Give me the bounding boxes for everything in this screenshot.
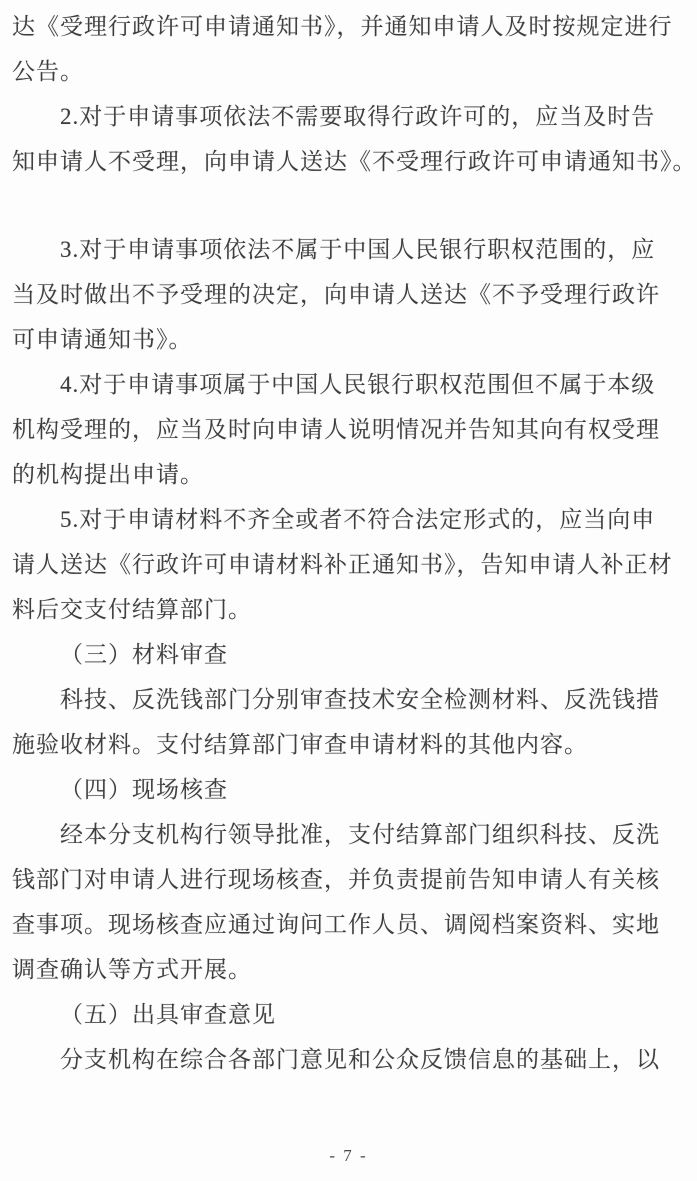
text-line: 钱部门对申请人进行现场核查，并负责提前告知申请人有关核 <box>12 857 695 902</box>
page-number: - 7 - <box>0 1146 697 1166</box>
text-line: 3.对于申请事项依法不属于中国人民银行职权范围的，应 <box>12 227 695 272</box>
document-body: 达《受理行政许可申请通知书》，并通知申请人及时按规定进行公告。2.对于申请事项依… <box>12 4 695 1082</box>
text-line: 施验收材料。支付结算部门审查申请材料的其他内容。 <box>12 722 695 767</box>
text-line: 达《受理行政许可申请通知书》，并通知申请人及时按规定进行 <box>12 4 695 49</box>
text-line: 的机构提出申请。 <box>12 452 695 497</box>
text-line: 料后交支付结算部门。 <box>12 587 695 632</box>
text-line: 知申请人不受理，向申请人送达《不受理行政许可申请通知书》。 <box>12 139 695 184</box>
text-line: （四）现场核查 <box>12 767 695 812</box>
text-line: 机构受理的，应当及时向申请人说明情况并告知其向有权受理 <box>12 407 695 452</box>
text-line: 经本分支机构行领导批准，支付结算部门组织科技、反洗 <box>12 812 695 857</box>
text-line: 4.对于申请事项属于中国人民银行职权范围但不属于本级 <box>12 362 695 407</box>
text-line: 公告。 <box>12 49 695 94</box>
text-line: 科技、反洗钱部门分别审查技术安全检测材料、反洗钱措 <box>12 677 695 722</box>
text-line: 请人送达《行政许可申请材料补正通知书》，告知申请人补正材 <box>12 542 695 587</box>
text-line: 5.对于申请材料不齐全或者不符合法定形式的，应当向申 <box>12 497 695 542</box>
text-line: 分支机构在综合各部门意见和公众反馈信息的基础上，以 <box>12 1037 695 1082</box>
text-line: 查事项。现场核查应通过询问工作人员、调阅档案资料、实地 <box>12 902 695 947</box>
document-page: 达《受理行政许可申请通知书》，并通知申请人及时按规定进行公告。2.对于申请事项依… <box>0 0 697 1181</box>
text-line: 可申请通知书》。 <box>12 317 695 362</box>
text-line: 2.对于申请事项依法不需要取得行政许可的，应当及时告 <box>12 94 695 139</box>
text-line: （三）材料审查 <box>12 632 695 677</box>
text-line: （五）出具审查意见 <box>12 992 695 1037</box>
text-line: 调查确认等方式开展。 <box>12 947 695 992</box>
text-line: 当及时做出不予受理的决定，向申请人送达《不予受理行政许 <box>12 272 695 317</box>
